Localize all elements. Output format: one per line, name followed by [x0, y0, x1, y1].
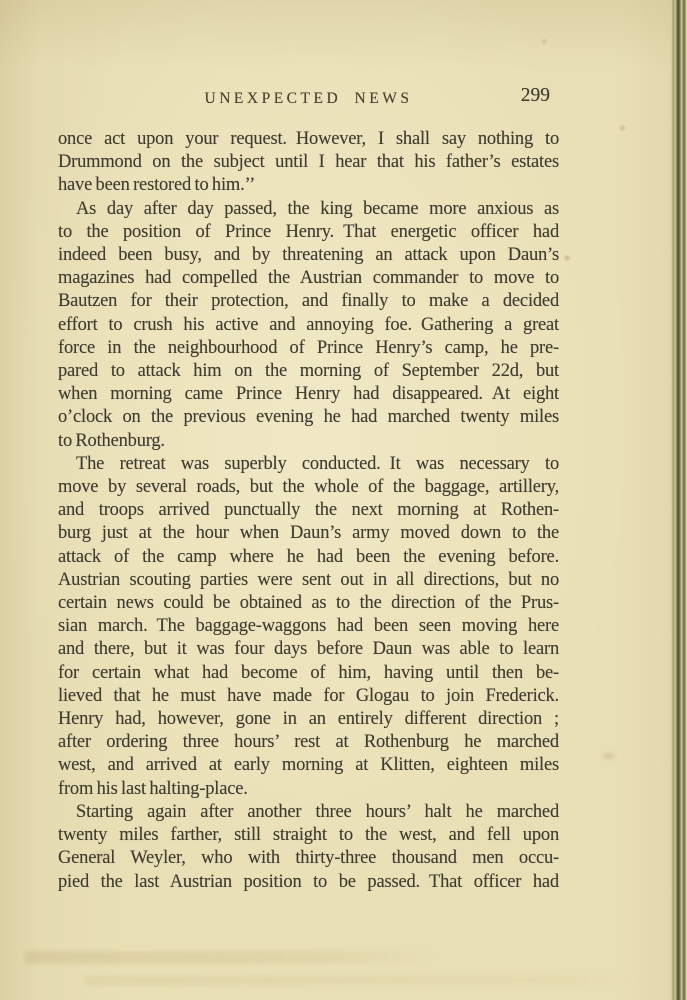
text-line: once act upon your request. However, I s…	[58, 128, 559, 151]
text-line: Drummond on the subject until I hear tha…	[58, 151, 559, 174]
text-line: Henry had, however, gone in an entirely …	[58, 708, 559, 731]
page-number: 299	[521, 85, 550, 107]
foxing-spot	[618, 124, 627, 132]
foxing-smudge	[600, 750, 618, 762]
text-line: to the position of Prince Henry. That en…	[58, 221, 559, 244]
text-line: move by several roads, but the whole of …	[58, 476, 559, 499]
text-line: The retreat was superbly conducted. It w…	[58, 453, 559, 476]
text-line: from his last halting-place.	[58, 778, 559, 801]
text-line: force in the neighbourhood of Prince Hen…	[58, 337, 559, 360]
paper-streak	[85, 976, 645, 985]
text-line: to Rothenburg.	[58, 430, 559, 453]
text-line: As day after day passed, the king became…	[58, 198, 559, 221]
text-line: for certain what had become of him, havi…	[58, 662, 559, 685]
text-line: indeed been busy, and by threatening an …	[58, 244, 559, 267]
text-line: sian march. The baggage-waggons had been…	[58, 615, 559, 638]
text-line: attack of the camp where he had been the…	[58, 546, 559, 569]
text-line: Bautzen for their protection, and finall…	[58, 290, 559, 313]
page-header: UNEXPECTED NEWS 299	[58, 88, 559, 112]
text-line: and troops arrived punctually the next m…	[58, 499, 559, 522]
text-line: General Weyler, who with thirty-three th…	[58, 847, 559, 870]
foxing-spot	[541, 38, 548, 45]
book-page: UNEXPECTED NEWS 299 once act upon your r…	[0, 0, 687, 1000]
text-line: lieved that he must have made for Glogau…	[58, 685, 559, 708]
text-line: Austrian scouting parties were sent out …	[58, 569, 559, 592]
text-line: twenty miles farther, still straight to …	[58, 824, 559, 847]
foxing-spot	[563, 254, 571, 262]
paper-streak	[25, 951, 435, 964]
text-line: and there, but it was four days before D…	[58, 638, 559, 661]
text-block: once act upon your request. However, I s…	[58, 128, 559, 894]
text-line: effort to crush his active and annoying …	[58, 314, 559, 337]
book-fore-edge	[670, 0, 687, 1000]
text-line: when morning came Prince Henry had disap…	[58, 383, 559, 406]
text-line: pared to attack him on the morning of Se…	[58, 360, 559, 383]
text-line: magazines had compelled the Austrian com…	[58, 267, 559, 290]
text-line: have been restored to him.’’	[58, 174, 559, 197]
text-line: o’clock on the previous evening he had m…	[58, 406, 559, 429]
text-line: west, and arrived at early morning at Kl…	[58, 754, 559, 777]
text-line: certain news could be obtained as to the…	[58, 592, 559, 615]
running-title: UNEXPECTED NEWS	[58, 90, 559, 108]
text-line: burg just at the hour when Daun’s army m…	[58, 522, 559, 545]
text-line: after ordering three hours’ rest at Roth…	[58, 731, 559, 754]
text-line: pied the last Austrian position to be pa…	[58, 871, 559, 894]
text-line: Starting again after another three hours…	[58, 801, 559, 824]
